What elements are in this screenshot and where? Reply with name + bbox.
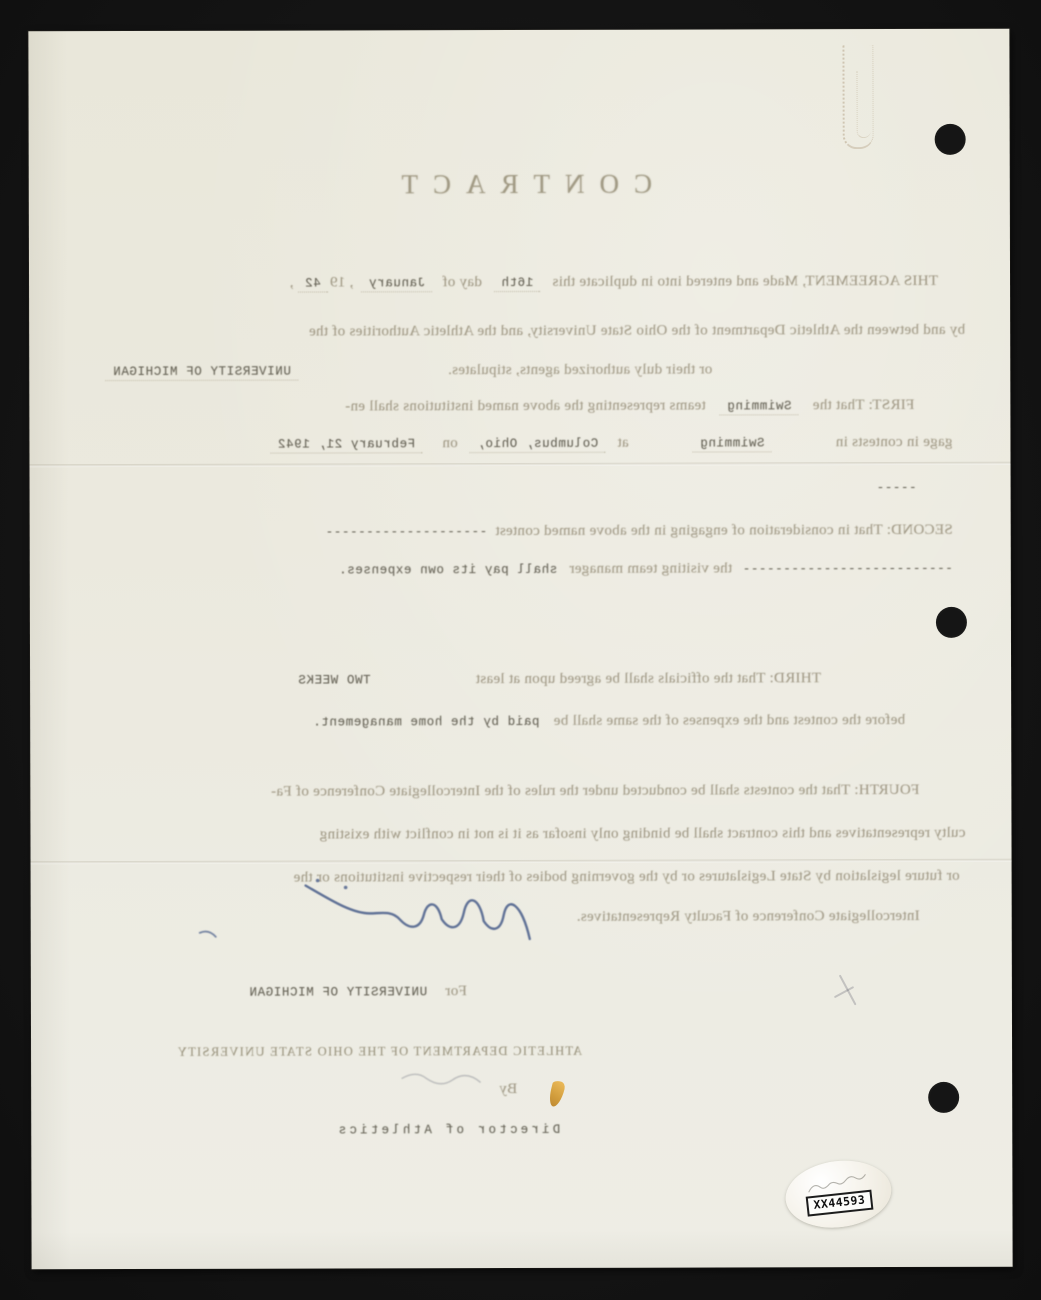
document-line-segment: or their duly authorized agents, stipula… [448,361,712,379]
document-line-segment: on [442,435,458,452]
document-line-segment: Swimming [720,399,799,415]
document-line: --------------------------the visiting t… [339,559,953,579]
document-line: THIS AGREEMENT, Made and entered into in… [289,272,938,293]
document-line-segment: 16th [494,276,540,292]
document-line: or their duly authorized agents, stipula… [106,360,713,381]
document-line-segment: by and between the Athletic Department o… [309,322,965,341]
document-line: FIRST: That theSwimmingteams representin… [345,396,914,416]
document-line-segment: day of [442,274,482,291]
countersignature-squiggle [392,1070,482,1088]
document-line-segment: paid by the home management. [313,715,540,730]
document-line-segment: teams representing the above named insti… [345,398,706,416]
document-line: SECOND: That in consideration of engagin… [325,521,953,541]
document-line-segment: Swimming [693,436,772,452]
document-line-segment: 42 [298,277,328,293]
hole-punch [928,1082,959,1113]
document-line-segment: -------------------- [325,525,487,539]
document-line: before the contest and the expenses of t… [313,711,906,731]
ink-tick-mark [197,927,217,941]
document-line-segment: SECOND: That in consideration of engagin… [495,522,953,540]
document-line-segment: UNIVERSITY OF MICHIGAN [249,985,427,999]
document-line-segment: gage in contests in [836,434,953,451]
document-line: ----- [876,478,917,496]
document-title: CONTRACT [29,168,1010,202]
document-line-segment: , 19 [330,274,354,291]
document-page: CONTRACT THIS AGREEMENT, Made and entere… [28,29,1012,1270]
document-line: FOURTH: That the contests shall be condu… [271,781,920,801]
document-line-segment: at [617,435,628,452]
ink-signature [292,875,542,968]
document-line-segment: ----- [876,481,917,495]
document-line-segment: THIRD: That the officials shall be agree… [476,670,821,688]
paperclip-rust-mark-inner [856,71,870,138]
document-line: by and between the Athletic Department o… [309,321,965,341]
document-line: Director of Athletics [335,1120,560,1139]
document-line: ForUNIVERSITY OF MICHIGAN [249,982,467,1001]
document-line-segment: -------------------------- [742,562,953,577]
document-line-segment: shall pay its own expenses. [339,563,558,578]
document-line-segment: ATHLETIC DEPARTMENT OF THE OHIO STATE UN… [176,1044,582,1060]
document-line-segment: culty representatives and this contract … [319,825,965,844]
document-line: THIRD: That the officials shall be agree… [298,669,821,688]
document-line-segment: FOURTH: That the contests shall be condu… [271,782,920,801]
document-line: ATHLETIC DEPARTMENT OF THE OHIO STATE UN… [176,1042,582,1061]
document-line: By [499,1080,517,1098]
document-line-segment: January [361,276,432,292]
document-line-segment: February 21, 1942 [270,437,422,453]
document-line-segment: FIRST: That the [813,397,915,414]
bleed-through-text-layer: CONTRACT THIS AGREEMENT, Made and entere… [28,29,1012,1270]
document-line-segment: UNIVERSITY OF MICHIGAN [106,365,298,382]
document-line: Intercollegiate Conference of Faculty Re… [577,907,920,926]
document-line-segment: By [499,1081,517,1098]
document-body: THIS AGREEMENT, Made and entered into in… [28,29,1009,32]
hole-punch [936,607,967,638]
document-line-segment: For [445,983,467,1000]
document-line-segment: , [289,275,293,292]
document-line-segment: Director of Athletics [336,1123,561,1138]
document-line-segment: the visiting team manager [569,560,732,577]
document-line: culty representatives and this contract … [319,824,965,844]
photo-backdrop: CONTRACT THIS AGREEMENT, Made and entere… [0,0,1041,1300]
document-line-segment: before the contest and the expenses of t… [553,712,905,730]
document-line: gage in contests inSwimmingatColumbus, O… [270,433,952,454]
document-line-segment: Columbus, Ohio, [470,437,606,453]
hole-punch [935,124,966,155]
document-line-segment: Intercollegiate Conference of Faculty Re… [577,908,920,926]
document-line-segment: THIS AGREEMENT, Made and entered into in… [552,273,938,291]
document-line-segment: TWO WEEKS [298,673,371,687]
